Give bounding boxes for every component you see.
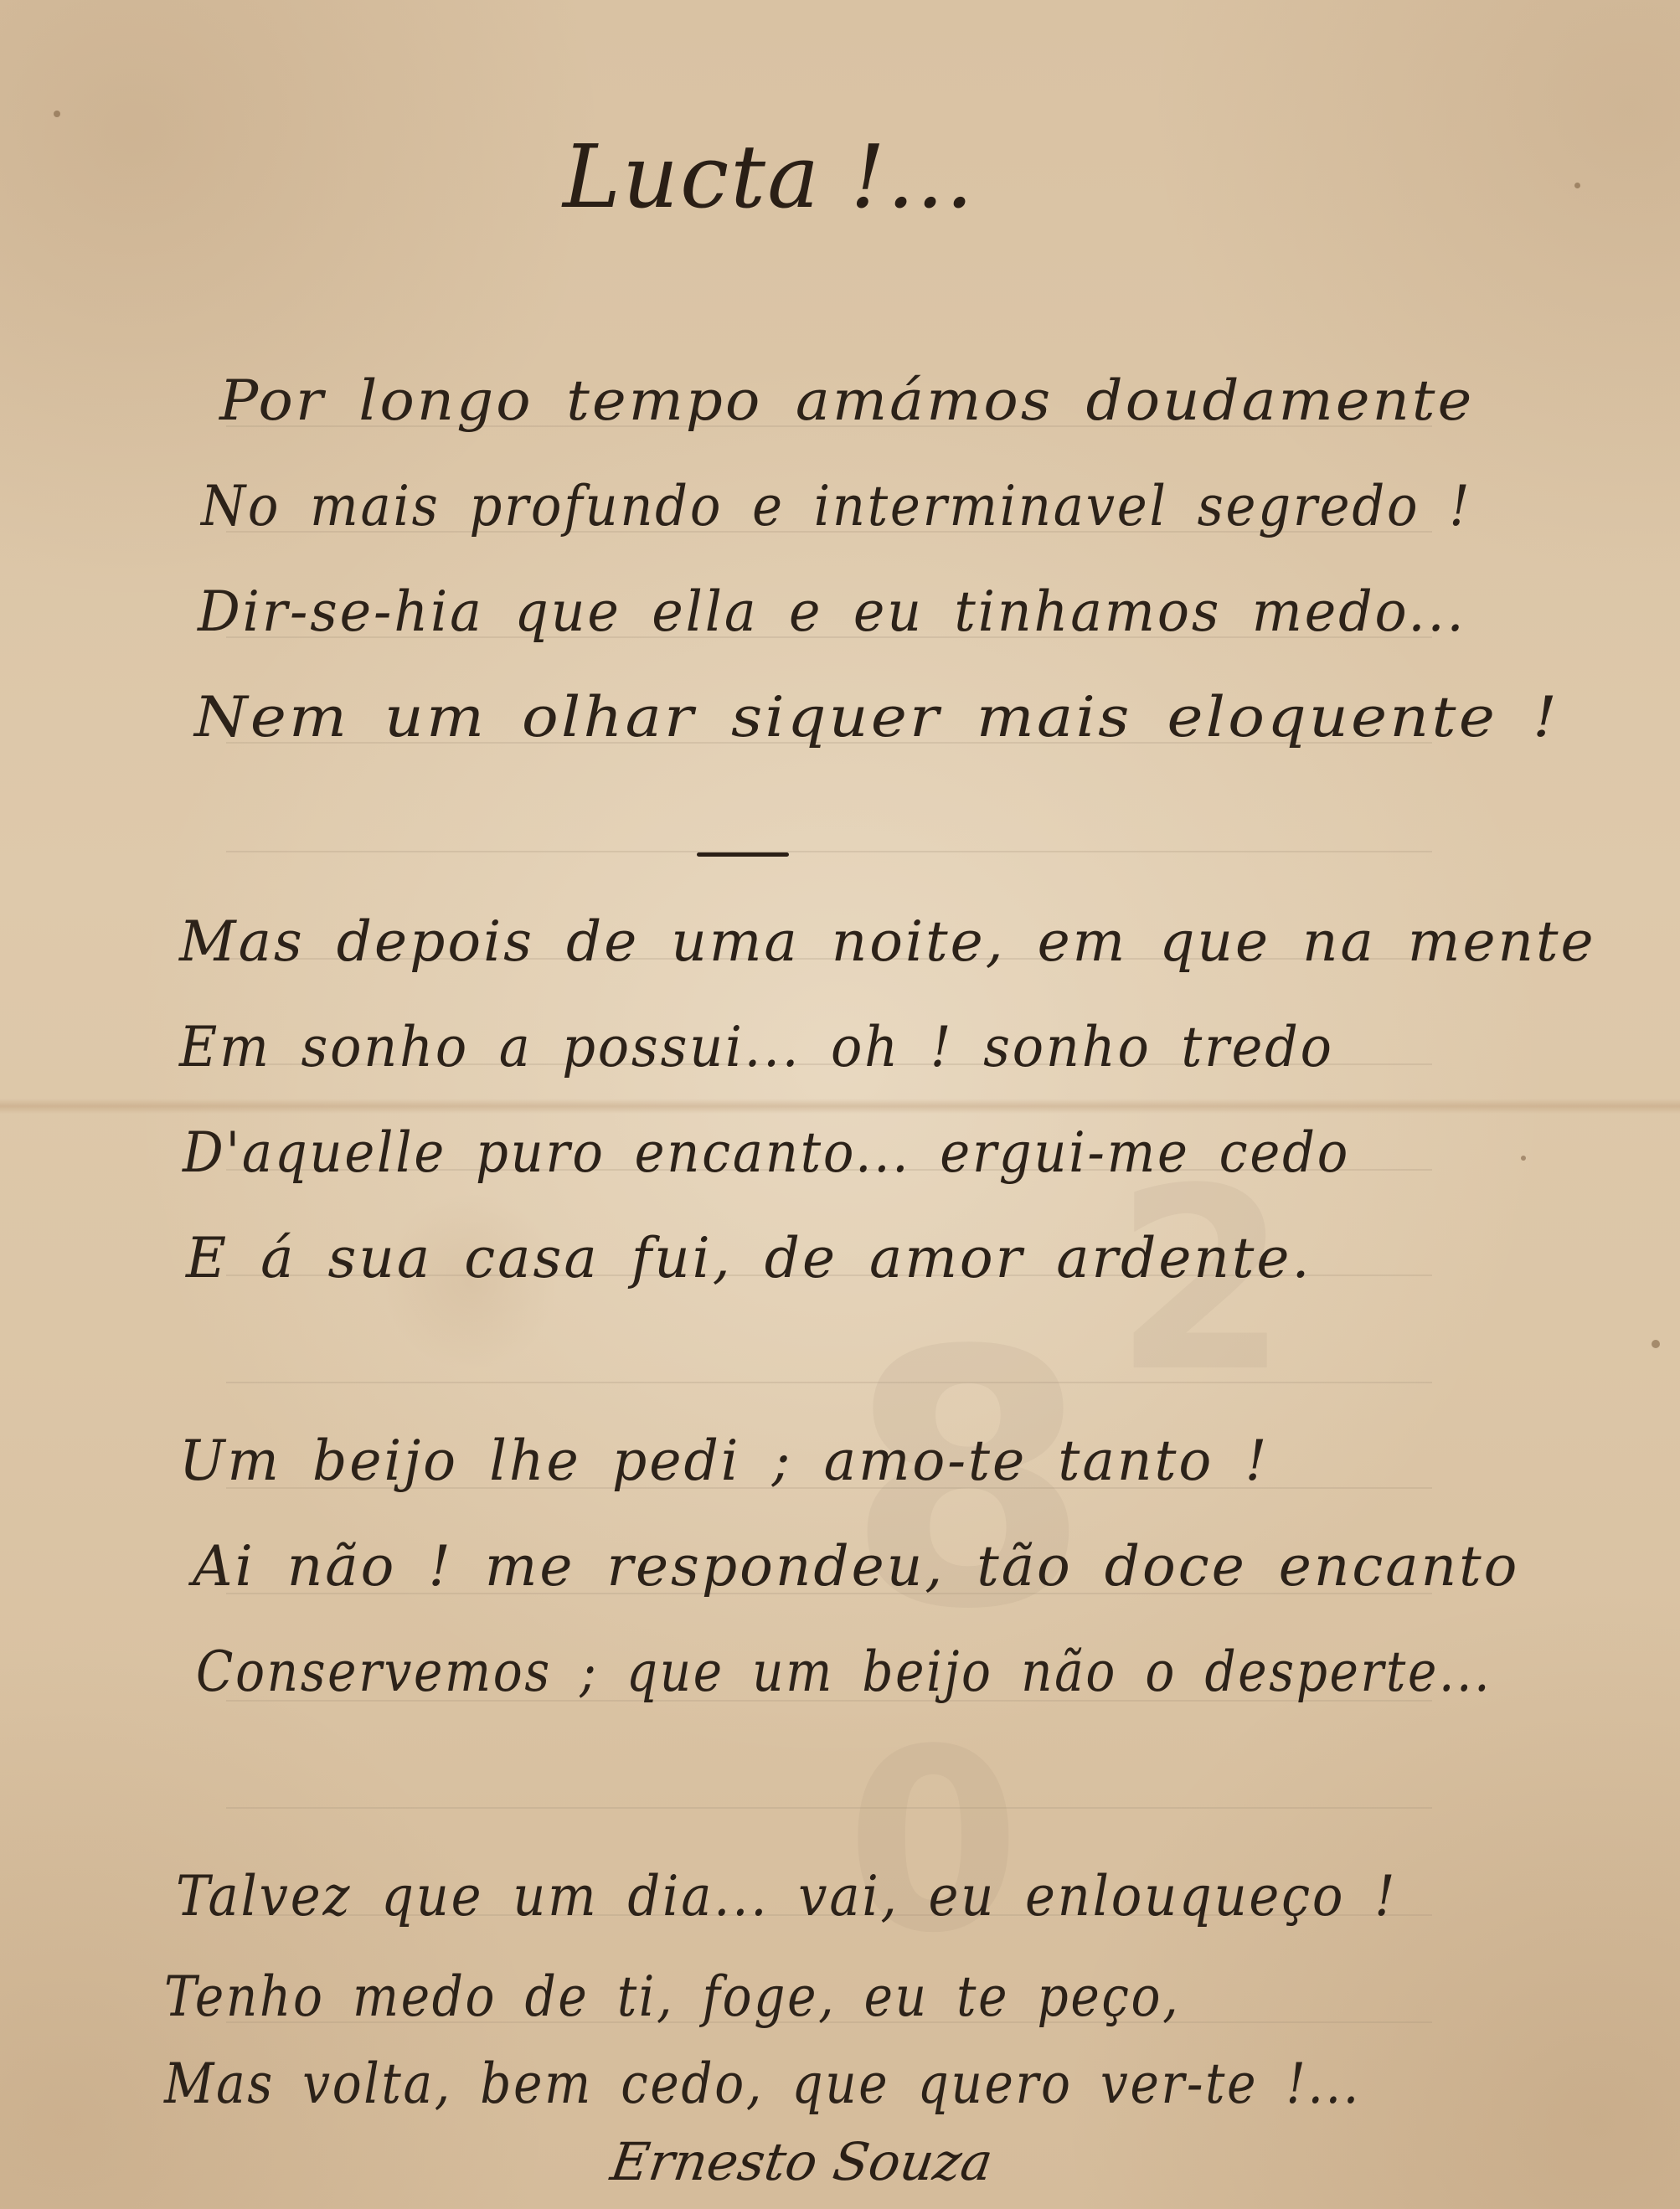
fold-crease: [0, 1099, 1680, 1114]
verse-line: E á sua casa fui, de amor ardente.: [186, 1226, 1312, 1290]
verse-line: Por longo tempo amámos doudamente: [219, 368, 1474, 433]
verse-line: Nem um olhar siquer mais eloquente !: [194, 685, 1559, 749]
paper-speck: [1574, 183, 1580, 188]
author-signature: Ernesto Souza: [607, 2131, 997, 2192]
verse-line: Ai não ! me respondeu, tão doce encanto: [193, 1534, 1519, 1599]
paper-speck: [1652, 1340, 1660, 1348]
poem-title: Lucta !...: [563, 126, 975, 228]
paper-speck: [1521, 1156, 1526, 1161]
verse-line: Talvez que um dia... vai, eu enlouqueço …: [176, 1864, 1397, 1928]
verse-line: Tenho medo de ti, foge, eu te peço,: [164, 1964, 1180, 2029]
verse-line: No mais profundo e interminavel segredo …: [201, 474, 1471, 538]
verse-line: Um beijo lhe pedi ; amo-te tanto !: [179, 1429, 1269, 1493]
bleed-through-numeral: 0: [846, 1717, 1021, 1968]
paper-speck: [54, 111, 60, 117]
verse-line: Em sonho a possui... oh ! sonho tredo: [179, 1015, 1334, 1079]
verse-line: Mas depois de uma noite, em que na mente: [179, 909, 1596, 974]
verse-line: Mas volta, bem cedo, que quero ver-te !.…: [164, 2052, 1361, 2116]
manuscript-page: 8 0 2 Lucta !... Por longo tempo amámos …: [0, 0, 1680, 2209]
ruled-line: [226, 851, 1432, 852]
ruled-line: [226, 1382, 1432, 1383]
verse-line: Conservemos ; que um beijo não o despert…: [196, 1640, 1492, 1704]
ruled-line: [226, 1807, 1432, 1809]
stanza-divider: [697, 852, 789, 857]
verse-line: Dir-se-hia que ella e eu tinhamos medo..…: [198, 579, 1466, 644]
verse-line: D'aquelle puro encanto... ergui-me cedo: [183, 1120, 1350, 1185]
